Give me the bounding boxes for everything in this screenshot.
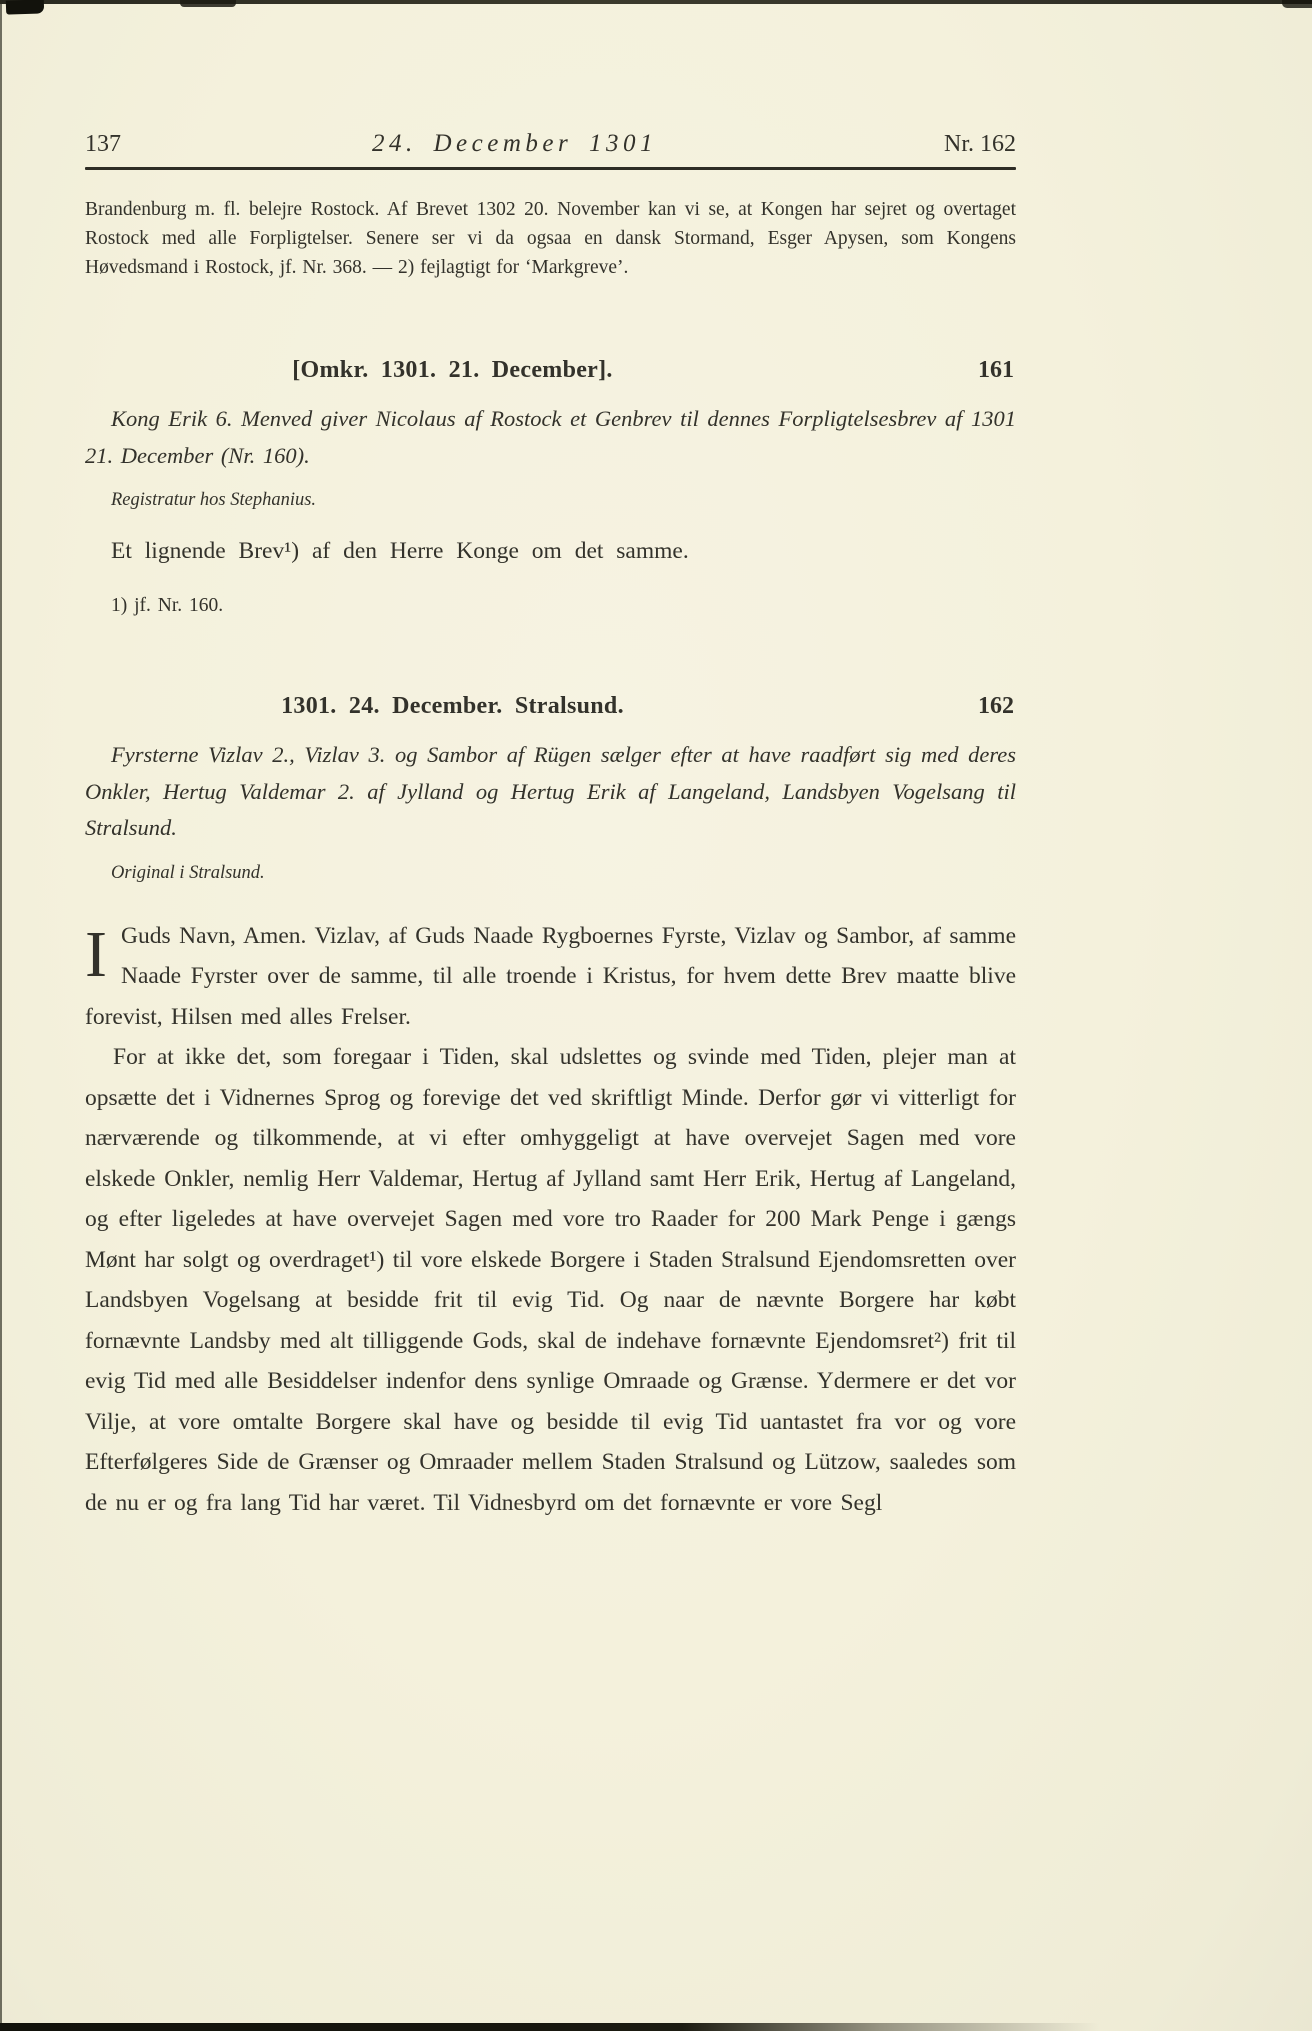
page-number: 137: [85, 131, 121, 158]
header-rule: [85, 167, 1016, 170]
body-paragraph-2: For at ikke det, som foregaar i Tiden, s…: [85, 1037, 1016, 1523]
document-number-label: Nr. 162: [944, 131, 1016, 158]
page-header: 137 24. December 1301 Nr. 162: [85, 130, 1016, 158]
entry-162-heading-row: 1301. 24. December. Stralsund. 162: [85, 691, 1016, 721]
text-column: 137 24. December 1301 Nr. 162 Brandenbur…: [85, 130, 1016, 1523]
drop-cap: I: [85, 916, 121, 992]
scan-top-blob-artifact: [180, 0, 236, 7]
entry-161-source: Registratur hos Stephanius.: [111, 488, 1016, 512]
scan-edge-bottom-artifact: [0, 2023, 1100, 2031]
entry-161-heading-row: [Omkr. 1301. 21. December]. 161: [85, 355, 1016, 385]
entry-161-number: 161: [978, 355, 1014, 385]
running-title: 24. December 1301: [372, 130, 657, 158]
entry-162-summary: Fyrsterne Vizlav 2., Vizlav 3. og Sambor…: [85, 737, 1016, 847]
scan-edge-left-artifact: [0, 0, 2, 2031]
entry-162-heading: 1301. 24. December. Stralsund.: [281, 691, 624, 721]
scanned-book-page: 137 24. December 1301 Nr. 162 Brandenbur…: [0, 0, 1312, 2031]
scan-top-right-artifact: [1282, 0, 1312, 8]
scan-corner-blob-artifact: [6, 0, 44, 15]
entry-161-footnote: 1) jf. Nr. 160.: [111, 594, 1016, 618]
entry-162-number: 162: [978, 691, 1014, 721]
body-paragraph-1: IGuds Navn, Amen. Vizlav, af Guds Naade …: [85, 916, 1016, 1038]
entry-161-body: Et lignende Brev¹) af den Herre Konge om…: [111, 535, 1016, 567]
entry-161-heading: [Omkr. 1301. 21. December].: [292, 355, 612, 385]
body-paragraph-1-text: Guds Navn, Amen. Vizlav, af Guds Naade R…: [85, 923, 1016, 1030]
entry-161-summary: Kong Erik 6. Menved giver Nicolaus af Ro…: [85, 401, 1016, 474]
entry-162-source: Original i Stralsund.: [111, 861, 1016, 885]
entry-161: [Omkr. 1301. 21. December]. 161 Kong Eri…: [85, 355, 1016, 618]
editorial-note: Brandenburg m. fl. belejre Rostock. Af B…: [85, 195, 1016, 282]
entry-162-body: IGuds Navn, Amen. Vizlav, af Guds Naade …: [85, 916, 1016, 1524]
entry-162: 1301. 24. December. Stralsund. 162 Fyrst…: [85, 691, 1016, 1523]
